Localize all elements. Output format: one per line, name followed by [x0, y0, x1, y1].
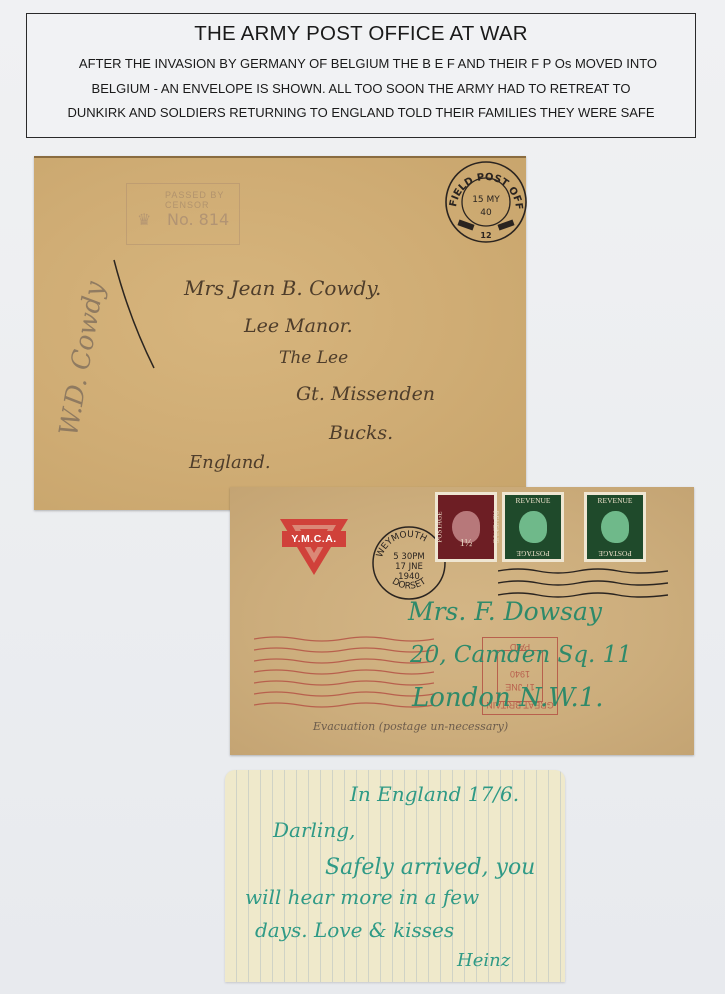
- page-title: THE ARMY POST OFFICE AT WAR: [27, 22, 695, 46]
- svg-text:12: 12: [480, 231, 491, 240]
- address-line-1: Mrs Jean B. Cowdy.: [184, 276, 381, 300]
- address-line-5: Bucks.: [329, 422, 393, 444]
- stamp-3-top-label: REVENUE: [587, 496, 643, 505]
- king-portrait-icon: [519, 511, 547, 543]
- crown-icon: ♛: [137, 210, 151, 230]
- note-line-2: Darling,: [273, 818, 355, 842]
- red-wavy-cancel-lines: [254, 635, 434, 713]
- address-line-4: Gt. Missenden: [296, 383, 435, 405]
- address-line-2: 20, Camden Sq. 11: [410, 642, 632, 668]
- note-line-4: will hear more in a few: [245, 885, 479, 909]
- note-line-5: days. Love & kisses: [255, 918, 454, 942]
- address-line-3: The Lee: [279, 348, 348, 368]
- header-panel: THE ARMY POST OFFICE AT WAR AFTER THE IN…: [26, 13, 696, 138]
- stamp-1-half-penny-red: POSTAGE REVENUE 1½: [435, 492, 497, 562]
- description-line-3: DUNKIRK AND SOLDIERS RETURNING TO ENGLAN…: [27, 105, 695, 120]
- censor-mark-top: PASSED BY CENSOR: [165, 190, 239, 210]
- note-signature: Heinz: [457, 950, 510, 971]
- address-line-6: England.: [189, 452, 271, 473]
- stamp-2-top-label: REVENUE: [505, 496, 561, 505]
- paid-mark-year: 1940: [498, 667, 542, 680]
- ymca-logo: Y.M.C.A.: [278, 517, 350, 577]
- note-line-3: Safely arrived, you: [325, 855, 535, 880]
- censor-mark: PASSED BY CENSOR ♛ No. 814: [126, 183, 240, 245]
- svg-text:40: 40: [480, 208, 492, 218]
- stamp-1-value: 1½: [438, 538, 494, 549]
- svg-text:17 JNE: 17 JNE: [395, 562, 423, 572]
- description-line-1: AFTER THE INVASION BY GERMANY OF BELGIUM…: [27, 56, 695, 71]
- address-line-3: London N.W.1.: [412, 683, 604, 713]
- handwritten-note-card: In England 17/6. Darling, Safely arrived…: [225, 770, 565, 982]
- stamp-3-half-penny-green: REVENUE POSTAGE: [584, 492, 646, 562]
- field-post-envelope: PASSED BY CENSOR ♛ No. 814 FIELD POST OF…: [34, 156, 526, 510]
- censor-number: No. 814: [167, 210, 229, 229]
- stamp-2-half-penny-green: REVENUE POSTAGE: [502, 492, 564, 562]
- svg-text:15 MY: 15 MY: [472, 195, 500, 205]
- pencil-note: Evacuation (postage un-necessary): [313, 720, 508, 733]
- king-portrait-icon: [601, 511, 629, 543]
- stamp-3-bottom-label: POSTAGE: [587, 549, 643, 558]
- description-line-2: BELGIUM - AN ENVELOPE IS SHOWN. ALL TOO …: [27, 81, 695, 96]
- address-line-2: Lee Manor.: [244, 315, 353, 337]
- svg-text:5 30PM: 5 30PM: [393, 552, 424, 562]
- field-post-office-postmark: FIELD POST OFFICE 15 MY 40 12: [444, 160, 528, 244]
- ymca-triangle-icon: [278, 517, 350, 577]
- ymca-label: Y.M.C.A.: [282, 531, 346, 547]
- note-line-1: In England 17/6.: [350, 782, 519, 806]
- address-line-1: Mrs. F. Dowsay: [408, 597, 602, 626]
- stamp-2-bottom-label: POSTAGE: [505, 549, 561, 558]
- ymca-envelope: Y.M.C.A. WEYMOUTH 5 30PM 17 JNE 1940 DOR…: [230, 487, 694, 755]
